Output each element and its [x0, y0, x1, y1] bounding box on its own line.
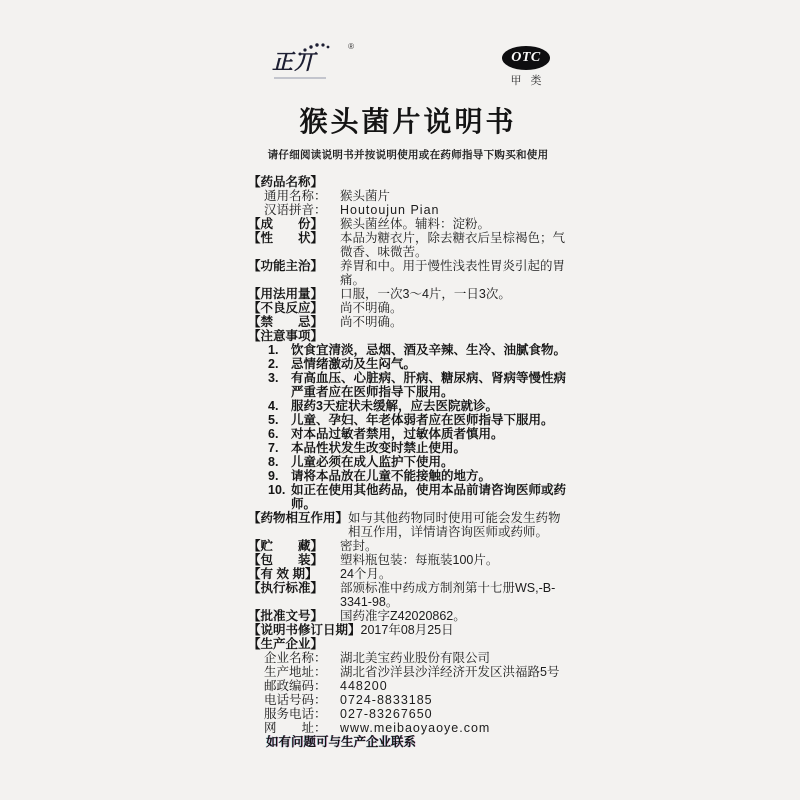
field-packaging: 【包 装】 塑料瓶包装：每瓶装100片。 [248, 553, 568, 567]
field-value: 027-83267650 [340, 707, 568, 721]
logo-fineprint [274, 77, 326, 79]
precaution-item: 1. 饮食宜清淡，忌烟、酒及辛辣、生冷、油腻食物。 [248, 343, 568, 357]
item-text: 儿童必须在成人监护下使用。 [291, 455, 568, 469]
field-standard: 【执行标准】 部颁标准中药成方制剂第十七册WS,-B-3341-98。 [248, 581, 568, 609]
item-number: 8. [268, 455, 291, 469]
field-description: 【性 状】 本品为糖衣片，除去糖衣后呈棕褐色；气微香、味微苦。 [248, 231, 568, 259]
item-text: 有高血压、心脏病、肝病、糖尿病、肾病等慢性病严重者应在医师指导下服用。 [291, 371, 568, 399]
field-pinyin: 汉语拼音： Houtoujun Pian [248, 203, 568, 217]
field-value: 448200 [340, 679, 568, 693]
contact-note: 如有问题可与生产企业联系 [248, 735, 568, 749]
field-value: 本品为糖衣片，除去糖衣后呈棕褐色；气微香、味微苦。 [340, 231, 568, 259]
field-validity: 【有 效 期】 24个月。 [248, 567, 568, 581]
field-label: 【说明书修订日期】 [248, 623, 361, 637]
item-text: 忌情绪激动及生闷气。 [291, 357, 568, 371]
field-value: 湖北美宝药业股份有限公司 [340, 651, 568, 665]
field-generic-name: 通用名称： 猴头菌片 [248, 189, 568, 203]
field-value: 尚不明确。 [340, 315, 568, 329]
page-title: 猴头菌片说明书 [248, 100, 568, 140]
field-precautions: 【注意事项】 [248, 329, 568, 343]
field-value: www.meibaoyaoye.com [340, 721, 568, 735]
field-address: 生产地址： 湖北省沙洋县沙洋经济开发区洪福路5号 [248, 665, 568, 679]
field-label: 邮政编码： [264, 679, 340, 693]
precaution-item: 10. 如正在使用其他药品，使用本品前请咨询医师或药师。 [248, 483, 568, 511]
field-label: 【用法用量】 [248, 287, 340, 301]
field-label: 生产地址： [264, 665, 340, 679]
field-label: 企业名称： [264, 651, 340, 665]
insert-document: 正丌 ® OTC 甲类 猴头菌片说明书 请仔细阅读说明书并按说明使用或在药师指导… [248, 44, 568, 749]
field-dosage: 【用法用量】 口服，一次3～4片，一日3次。 [248, 287, 568, 301]
precaution-item: 7. 本品性状发生改变时禁止使用。 [248, 441, 568, 455]
field-value: 猴头菌丝体。辅料：淀粉。 [340, 217, 568, 231]
field-label: 【执行标准】 [248, 581, 340, 595]
field-value: 24个月。 [340, 567, 568, 581]
precaution-item: 5. 儿童、孕妇、年老体弱者应在医师指导下服用。 [248, 413, 568, 427]
item-text: 本品性状发生改变时禁止使用。 [291, 441, 568, 455]
precaution-item: 4. 服药3天症状未缓解，应去医院就诊。 [248, 399, 568, 413]
field-storage: 【贮 藏】 密封。 [248, 539, 568, 553]
field-website: 网 址： www.meibaoyaoye.com [248, 721, 568, 735]
field-label: 电话号码： [264, 693, 340, 707]
field-value: 部颁标准中药成方制剂第十七册WS,-B-3341-98。 [340, 581, 568, 609]
field-label: 【批准文号】 [248, 609, 340, 623]
field-value: 国药准字Z42020862。 [340, 609, 568, 623]
field-value: 0724-8833185 [340, 693, 568, 707]
field-company-name: 企业名称： 湖北美宝药业股份有限公司 [248, 651, 568, 665]
field-label: 网 址： [264, 721, 340, 735]
field-label: 通用名称： [264, 189, 340, 203]
item-number: 10. [268, 483, 291, 497]
field-label: 【性 状】 [248, 231, 340, 245]
item-number: 2. [268, 357, 291, 371]
field-value: Houtoujun Pian [340, 203, 568, 217]
precaution-item: 8. 儿童必须在成人监护下使用。 [248, 455, 568, 469]
field-label: 【生产企业】 [248, 637, 323, 651]
item-text: 饮食宜清淡，忌烟、酒及辛辣、生冷、油腻食物。 [291, 343, 568, 357]
field-label: 【功能主治】 [248, 259, 340, 273]
field-adverse-reactions: 【不良反应】 尚不明确。 [248, 301, 568, 315]
precaution-item: 9. 请将本品放在儿童不能接触的地方。 [248, 469, 568, 483]
field-label: 【成 份】 [248, 217, 340, 231]
item-text: 对本品过敏者禁用，过敏体质者慎用。 [291, 427, 568, 441]
item-number: 7. [268, 441, 291, 455]
package-insert-page: 正丌 ® OTC 甲类 猴头菌片说明书 请仔细阅读说明书并按说明使用或在药师指导… [0, 0, 800, 800]
field-value: 2017年08月25日 [361, 623, 568, 637]
field-label: 【有 效 期】 [248, 567, 340, 581]
item-text: 请将本品放在儿童不能接触的地方。 [291, 469, 568, 483]
brand-logo: 正丌 ® [272, 46, 352, 79]
otc-mark: OTC 甲类 [498, 46, 554, 88]
field-value: 密封。 [340, 539, 568, 553]
field-label: 【包 装】 [248, 553, 340, 567]
field-value: 湖北省沙洋县沙洋经济开发区洪福路5号 [340, 665, 568, 679]
field-contraindications: 【禁 忌】 尚不明确。 [248, 315, 568, 329]
otc-badge: OTC [502, 46, 550, 70]
field-label: 【注意事项】 [248, 329, 323, 343]
field-phone: 电话号码： 0724-8833185 [248, 693, 568, 707]
field-label: 【不良反应】 [248, 301, 340, 315]
item-text: 如正在使用其他药品，使用本品前请咨询医师或药师。 [291, 483, 568, 511]
field-label: 【药物相互作用】 [248, 511, 348, 525]
precaution-item: 3. 有高血压、心脏病、肝病、糖尿病、肾病等慢性病严重者应在医师指导下服用。 [248, 371, 568, 399]
field-value: 如与其他药物同时使用可能会发生药物相互作用，详情请咨询医师或药师。 [348, 511, 568, 539]
precaution-item: 2. 忌情绪激动及生闷气。 [248, 357, 568, 371]
registered-mark-icon: ® [348, 42, 354, 51]
field-interactions: 【药物相互作用】 如与其他药物同时使用可能会发生药物相互作用，详情请咨询医师或药… [248, 511, 568, 539]
field-ingredients: 【成 份】 猴头菌丝体。辅料：淀粉。 [248, 217, 568, 231]
item-text: 儿童、孕妇、年老体弱者应在医师指导下服用。 [291, 413, 568, 427]
field-revision-date: 【说明书修订日期】 2017年08月25日 [248, 623, 568, 637]
insert-body: 【药品名称】 通用名称： 猴头菌片 汉语拼音： Houtoujun Pian 【… [248, 175, 568, 749]
field-value: 养胃和中。用于慢性浅表性胃炎引起的胃痛。 [340, 259, 568, 287]
item-number: 1. [268, 343, 291, 357]
item-number: 9. [268, 469, 291, 483]
insert-subtitle: 请仔细阅读说明书并按说明使用或在药师指导下购买和使用 [248, 147, 568, 162]
field-label: 服务电话： [264, 707, 340, 721]
field-approval-number: 【批准文号】 国药准字Z42020862。 [248, 609, 568, 623]
field-label: 【禁 忌】 [248, 315, 340, 329]
item-text: 服药3天症状未缓解，应去医院就诊。 [291, 399, 568, 413]
item-number: 3. [268, 371, 291, 385]
item-number: 4. [268, 399, 291, 413]
field-postcode: 邮政编码： 448200 [248, 679, 568, 693]
field-service-phone: 服务电话： 027-83267650 [248, 707, 568, 721]
field-label: 汉语拼音： [264, 203, 340, 217]
logo-dots-icon [298, 41, 332, 57]
field-value: 口服，一次3～4片，一日3次。 [340, 287, 568, 301]
field-functions: 【功能主治】 养胃和中。用于慢性浅表性胃炎引起的胃痛。 [248, 259, 568, 287]
field-value: 尚不明确。 [340, 301, 568, 315]
field-manufacturer: 【生产企业】 [248, 637, 568, 651]
otc-class-label: 甲类 [502, 72, 551, 88]
field-value: 塑料瓶包装：每瓶装100片。 [340, 553, 568, 567]
item-number: 6. [268, 427, 291, 441]
insert-header: 正丌 ® OTC 甲类 [248, 44, 568, 94]
field-label: 【贮 藏】 [248, 539, 340, 553]
field-drug-name: 【药品名称】 [248, 175, 568, 189]
field-label: 【药品名称】 [248, 175, 323, 189]
item-number: 5. [268, 413, 291, 427]
field-value: 猴头菌片 [340, 189, 568, 203]
precaution-item: 6. 对本品过敏者禁用，过敏体质者慎用。 [248, 427, 568, 441]
